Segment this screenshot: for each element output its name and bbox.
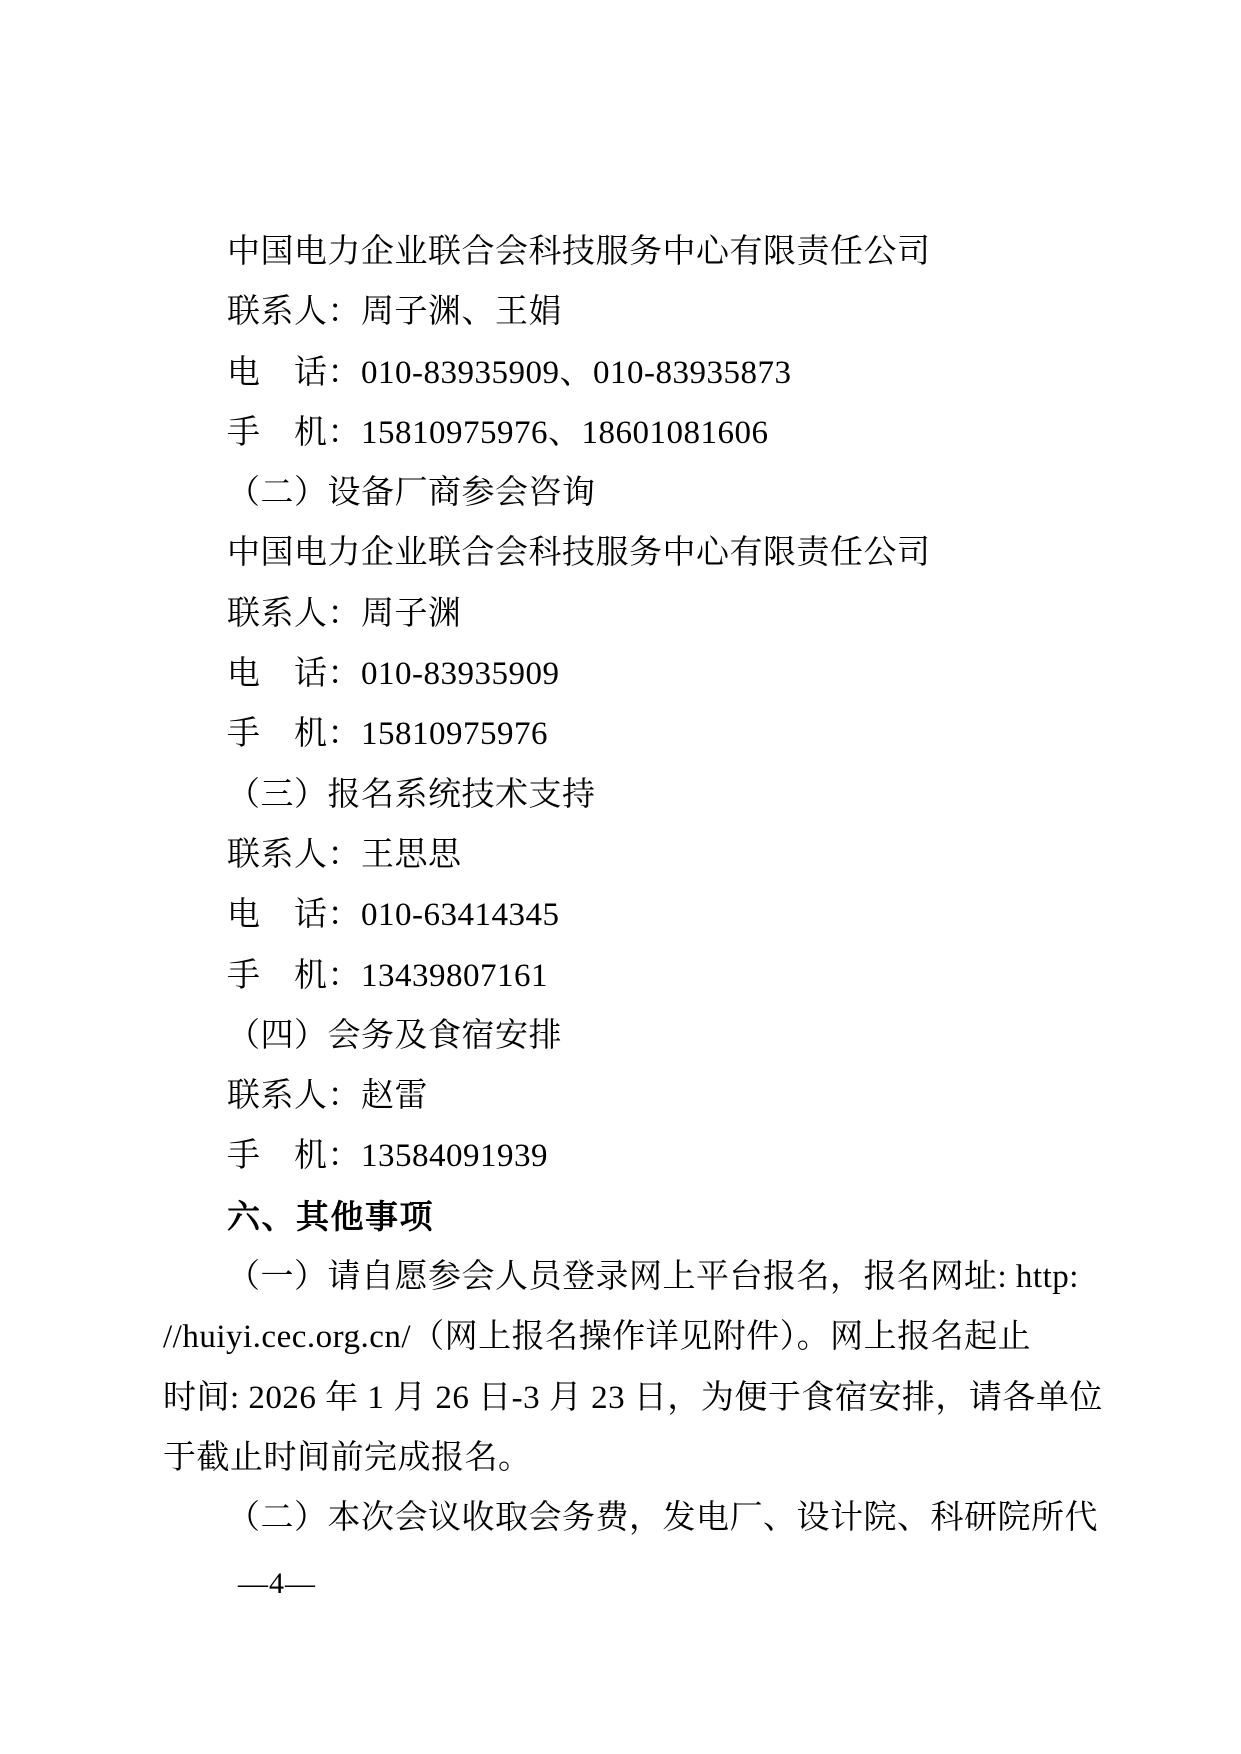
text-line: 中国电力企业联合会科技服务中心有限责任公司	[163, 222, 1085, 282]
text-line: 联系人：王思思	[163, 825, 1085, 885]
text-line: （三）报名系统技术支持	[163, 765, 1085, 825]
document-page: 中国电力企业联合会科技服务中心有限责任公司联系人：周子渊、王娟电 话：010-8…	[0, 0, 1241, 1754]
text-line: （二）设备厂商参会咨询	[163, 463, 1085, 523]
page-number: —4—	[238, 1566, 316, 1602]
text-line: 手 机：13439807161	[163, 946, 1085, 1006]
text-line: （二）本次会议收取会务费，发电厂、设计院、科研院所代	[163, 1488, 1085, 1548]
text-line: （一）请自愿参会人员登录网上平台报名，报名网址: http:	[163, 1247, 1085, 1307]
document-body: 中国电力企业联合会科技服务中心有限责任公司联系人：周子渊、王娟电 话：010-8…	[163, 222, 1085, 1549]
text-line: 手 机：15810975976、18601081606	[163, 403, 1085, 463]
text-line: //huiyi.cec.org.cn/（网上报名操作详见附件）。网上报名起止	[163, 1307, 1085, 1367]
text-line: 手 机：13584091939	[163, 1126, 1085, 1186]
text-line: 手 机：15810975976	[163, 704, 1085, 764]
text-line: 联系人：周子渊	[163, 584, 1085, 644]
text-line: 电 话：010-83935909	[163, 644, 1085, 704]
text-line: 时间: 2026 年 1 月 26 日-3 月 23 日，为便于食宿安排，请各单…	[163, 1368, 1085, 1428]
text-line: 中国电力企业联合会科技服务中心有限责任公司	[163, 523, 1085, 583]
text-line: 联系人：周子渊、王娟	[163, 282, 1085, 342]
text-line: 于截止时间前完成报名。	[163, 1428, 1085, 1488]
text-line: （四）会务及食宿安排	[163, 1006, 1085, 1066]
text-line: 电 话：010-63414345	[163, 885, 1085, 945]
section-heading: 六、其他事项	[163, 1187, 1085, 1247]
text-line: 联系人：赵雷	[163, 1066, 1085, 1126]
text-line: 电 话：010-83935909、010-83935873	[163, 343, 1085, 403]
